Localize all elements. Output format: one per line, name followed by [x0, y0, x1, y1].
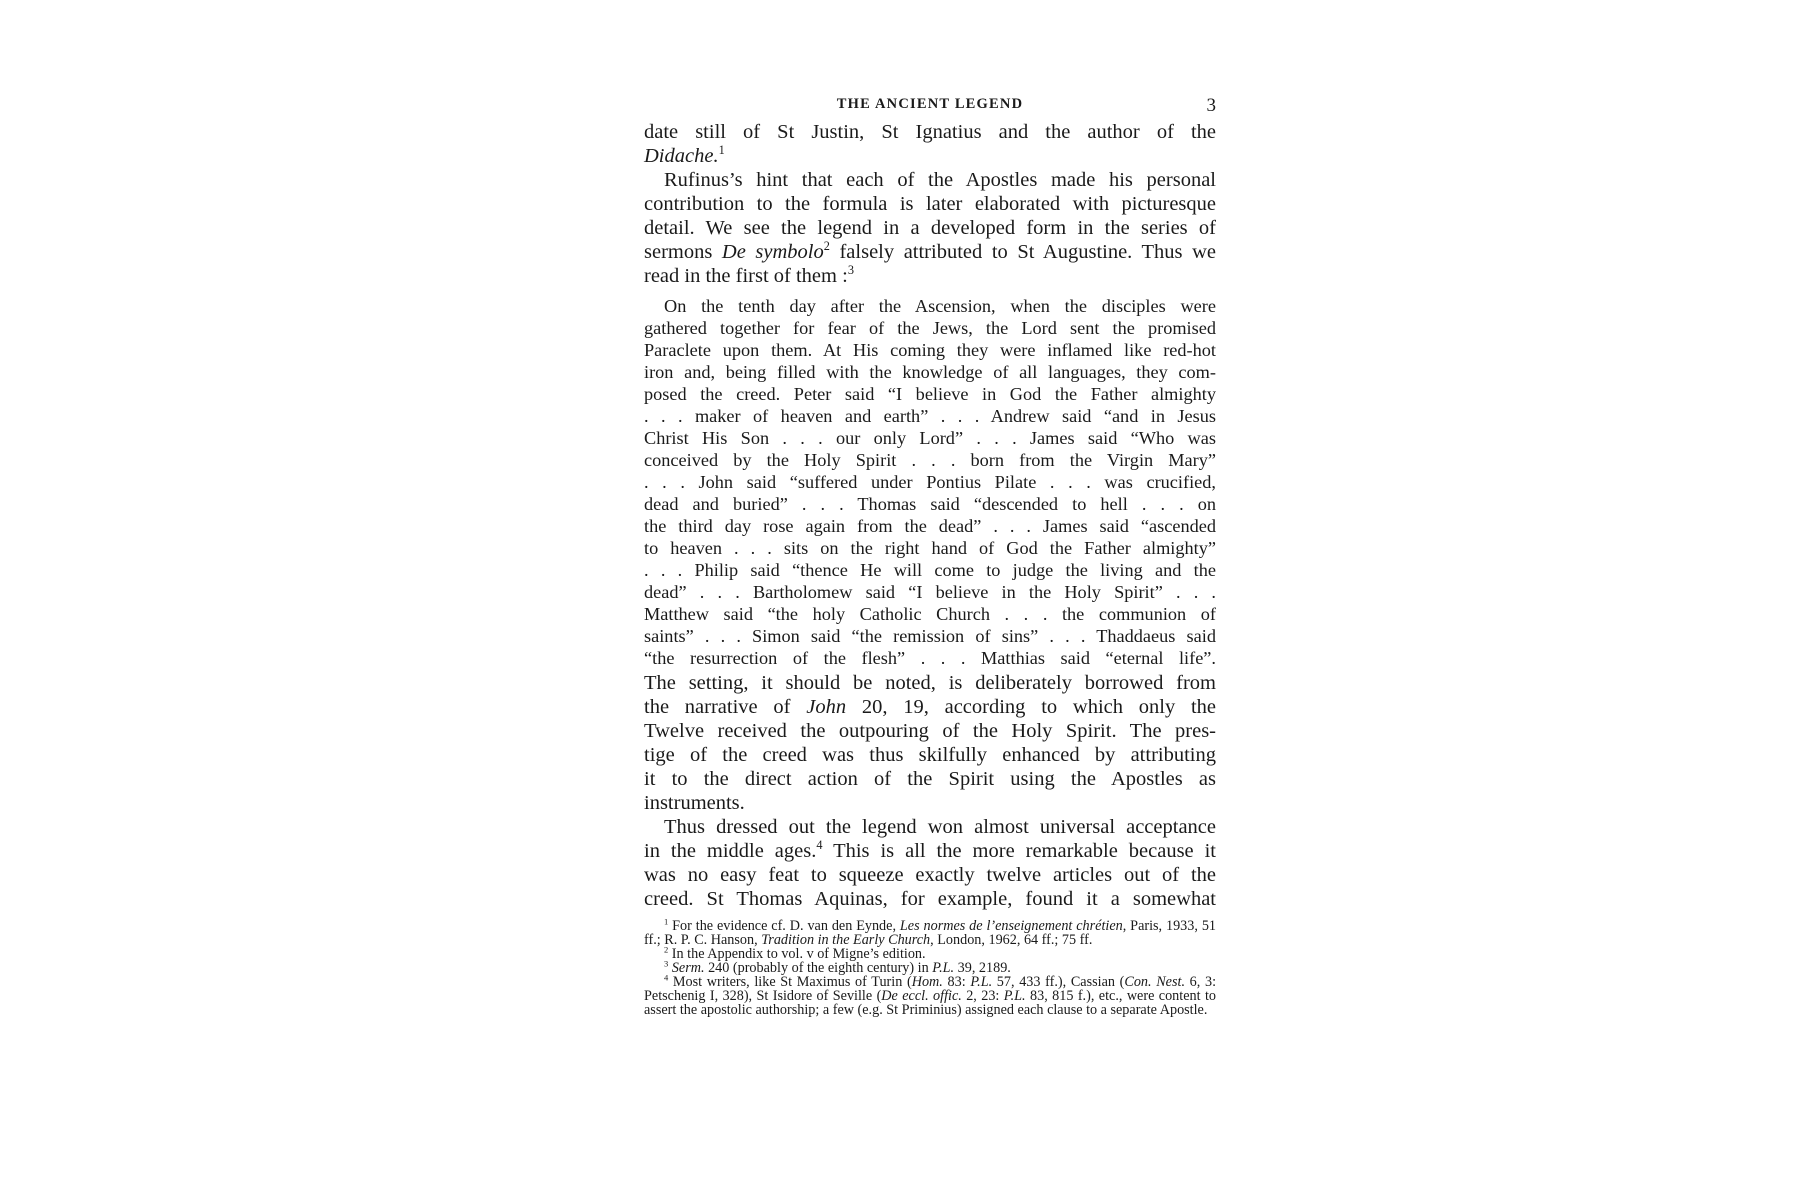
quote-line: Matthew said “the holy Catholic Church .… [644, 603, 1216, 625]
italic-reference: John [806, 696, 846, 718]
footnote-4: 4 Most writers, like St Maximus of Turin… [644, 975, 1216, 1017]
text-run: in the middle ages. [644, 840, 816, 862]
text-line: Twelve received the outpouring of the Ho… [644, 719, 1216, 743]
text-line: it to the direct action of the Spirit us… [644, 767, 1216, 791]
text-line: detail. We see the legend in a developed… [644, 216, 1216, 240]
quote-line: dead” . . . Bartholomew said “I believe … [644, 581, 1216, 603]
footnote-3: 3 Serm. 240 (probably of the eighth cent… [644, 961, 1216, 975]
italic-title: Didache. [644, 145, 719, 167]
page-number: 3 [1207, 95, 1217, 117]
text-line: creed. St Thomas Aquinas, for example, f… [644, 887, 1216, 911]
paragraph-acceptance: Thus dressed out the legend won almost u… [644, 815, 1216, 911]
quote-line: saints” . . . Simon said “the remission … [644, 625, 1216, 647]
text-line: sermons De symbolo2 falsely attributed t… [644, 240, 1216, 264]
quote-line: On the tenth day after the Ascension, wh… [644, 295, 1216, 317]
text-run: sermons [644, 241, 722, 263]
book-page: THE ANCIENT LEGEND 3 date still of St Ju… [644, 96, 1216, 1017]
text-run: 20, 19, according to which only the [846, 696, 1216, 718]
text-line: in the middle ages.4 This is all the mor… [644, 839, 1216, 863]
text-line: date still of St Justin, St Ignatius and… [644, 120, 1216, 144]
running-title: THE ANCIENT LEGEND [644, 96, 1216, 113]
text-line: Rufinus’s hint that each of the Apostles… [644, 168, 1216, 192]
text-run: the narrative of [644, 696, 806, 718]
text-line: instruments. [644, 791, 1216, 815]
paragraph-continuation: date still of St Justin, St Ignatius and… [644, 120, 1216, 168]
quote-line: posed the creed. Peter said “I believe i… [644, 383, 1216, 405]
quote-line: the third day rose again from the dead” … [644, 515, 1216, 537]
text-line: the narrative of John 20, 19, according … [644, 695, 1216, 719]
text-line: The setting, it should be noted, is deli… [644, 671, 1216, 695]
text-line: tige of the creed was thus skilfully enh… [644, 743, 1216, 767]
footnote-ref[interactable]: 3 [848, 263, 854, 277]
text-line: read in the first of them :3 [644, 264, 1216, 288]
footnote-2: 2 In the Appendix to vol. v of Migne’s e… [644, 947, 1216, 961]
text-line: Didache.1 [644, 144, 1216, 168]
quote-line: Paraclete upon them. At His coming they … [644, 339, 1216, 361]
quote-line: . . . maker of heaven and earth” . . . A… [644, 405, 1216, 427]
quote-line: . . . Philip said “thence He will come t… [644, 559, 1216, 581]
quote-line: to heaven . . . sits on the right hand o… [644, 537, 1216, 559]
italic-title: De symbolo [722, 241, 824, 263]
footnote-text: , London, 1962, 64 ff.; 75 ff. [930, 932, 1092, 948]
text-run: falsely attributed to St Augustine. Thus… [830, 241, 1216, 263]
paragraph-rufinus: Rufinus’s hint that each of the Apostles… [644, 168, 1216, 288]
footnotes: 1 For the evidence cf. D. van den Eynde,… [644, 919, 1216, 1017]
quote-line: Christ His Son . . . our only Lord” . . … [644, 427, 1216, 449]
quote-line: conceived by the Holy Spirit . . . born … [644, 449, 1216, 471]
quote-line: “the resurrection of the flesh” . . . Ma… [644, 647, 1216, 669]
quote-line: gathered together for fear of the Jews, … [644, 317, 1216, 339]
text-line: Thus dressed out the legend won almost u… [644, 815, 1216, 839]
quote-line: . . . John said “suffered under Pontius … [644, 471, 1216, 493]
paragraph-setting: The setting, it should be noted, is deli… [644, 671, 1216, 815]
block-quote: On the tenth day after the Ascension, wh… [644, 295, 1216, 669]
main-text: date still of St Justin, St Ignatius and… [644, 120, 1216, 911]
text-run: read in the first of them : [644, 265, 848, 287]
text-line: was no easy feat to squeeze exactly twel… [644, 863, 1216, 887]
quote-line: dead and buried” . . . Thomas said “desc… [644, 493, 1216, 515]
footnote-1: 1 For the evidence cf. D. van den Eynde,… [644, 919, 1216, 947]
footnote-ref[interactable]: 1 [719, 143, 725, 157]
quote-line: iron and, being filled with the knowledg… [644, 361, 1216, 383]
running-head: THE ANCIENT LEGEND 3 [644, 96, 1216, 120]
text-line: contribution to the formula is later ela… [644, 192, 1216, 216]
text-run: This is all the more remarkable because … [823, 840, 1217, 862]
